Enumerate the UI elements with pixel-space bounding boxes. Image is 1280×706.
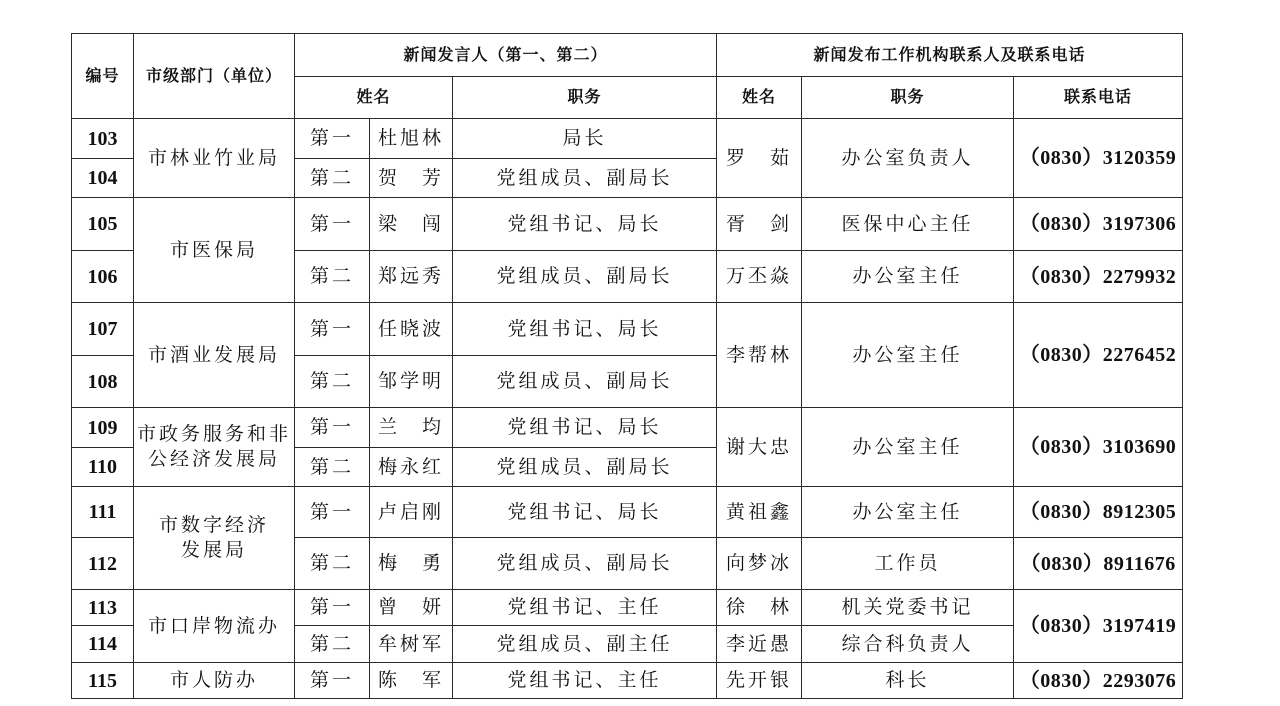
contact-phone: （0830）3197419 (1014, 590, 1183, 663)
department-name-line-1: 市政务服务和非 (134, 422, 294, 447)
row-number: 113 (72, 590, 134, 626)
contact-phone: （0830）8911676 (1014, 538, 1183, 590)
contact-title: 办公室负责人 (802, 119, 1014, 198)
spokesperson-name: 卢启刚 (370, 487, 453, 538)
spokesperson-title: 党组成员、副局长 (453, 356, 717, 408)
contact-title: 工作员 (802, 538, 1014, 590)
department-name: 市数字经济 发展局 (134, 487, 295, 590)
spokesperson-rank: 第二 (295, 538, 370, 590)
table-row: 111 市数字经济 发展局 第一 卢启刚 党组书记、局长 黄祖鑫 办公室主任 （… (72, 487, 1183, 538)
spokesperson-rank: 第一 (295, 663, 370, 699)
spokesperson-title: 党组成员、副主任 (453, 626, 717, 663)
spokesperson-name: 梅永红 (370, 448, 453, 487)
spokesperson-name: 邹学明 (370, 356, 453, 408)
contact-name: 向梦冰 (717, 538, 802, 590)
spokesperson-rank: 第一 (295, 119, 370, 159)
contact-phone: （0830）3120359 (1014, 119, 1183, 198)
contact-phone: （0830）8912305 (1014, 487, 1183, 538)
row-number: 108 (72, 356, 134, 408)
row-number: 111 (72, 487, 134, 538)
spokesperson-rank: 第二 (295, 356, 370, 408)
department-name: 市口岸物流办 (134, 590, 295, 663)
spokesperson-rank: 第一 (295, 408, 370, 448)
contact-name: 徐 林 (717, 590, 802, 626)
contact-phone: （0830）3197306 (1014, 198, 1183, 251)
contact-title: 科长 (802, 663, 1014, 699)
spokesperson-name: 杜旭林 (370, 119, 453, 159)
spokesperson-rank: 第二 (295, 251, 370, 303)
row-number: 105 (72, 198, 134, 251)
department-name: 市酒业发展局 (134, 303, 295, 408)
row-number: 104 (72, 159, 134, 198)
contact-name: 胥 剑 (717, 198, 802, 251)
contact-phone: （0830）3103690 (1014, 408, 1183, 487)
contact-title: 办公室主任 (802, 303, 1014, 408)
contact-name: 先开银 (717, 663, 802, 699)
col-header-department: 市级部门（单位） (134, 34, 295, 119)
spokesperson-name: 任晓波 (370, 303, 453, 356)
col-header-contact-title: 职务 (802, 77, 1014, 119)
table-row: 105 市医保局 第一 梁 闯 党组书记、局长 胥 剑 医保中心主任 （0830… (72, 198, 1183, 251)
spokesperson-title: 党组书记、局长 (453, 408, 717, 448)
spokesperson-title: 党组成员、副局长 (453, 159, 717, 198)
spokesperson-name: 陈 军 (370, 663, 453, 699)
contact-phone: （0830）2279932 (1014, 251, 1183, 303)
row-number: 114 (72, 626, 134, 663)
spokesperson-name: 郑远秀 (370, 251, 453, 303)
spokesperson-title: 党组成员、副局长 (453, 251, 717, 303)
contact-title: 办公室主任 (802, 251, 1014, 303)
department-name-line-1: 市数字经济 (134, 513, 294, 538)
spokesperson-name: 兰 均 (370, 408, 453, 448)
contact-phone: （0830）2293076 (1014, 663, 1183, 699)
contact-title: 医保中心主任 (802, 198, 1014, 251)
spokesperson-name: 梅 勇 (370, 538, 453, 590)
group-header-spokesperson: 新闻发言人（第一、第二） (295, 34, 717, 77)
department-name: 市人防办 (134, 663, 295, 699)
spokesperson-name: 梁 闯 (370, 198, 453, 251)
table-row: 103 市林业竹业局 第一 杜旭林 局长 罗 茹 办公室负责人 （0830）31… (72, 119, 1183, 159)
department-name-line-2: 公经济发展局 (134, 447, 294, 472)
row-number: 110 (72, 448, 134, 487)
contact-name: 李帮林 (717, 303, 802, 408)
row-number: 103 (72, 119, 134, 159)
header-row-1: 编号 市级部门（单位） 新闻发言人（第一、第二） 新闻发布工作机构联系人及联系电… (72, 34, 1183, 77)
department-name: 市医保局 (134, 198, 295, 303)
spokesperson-title: 党组书记、局长 (453, 198, 717, 251)
col-header-contact-phone: 联系电话 (1014, 77, 1183, 119)
spokesperson-rank: 第一 (295, 487, 370, 538)
row-number: 115 (72, 663, 134, 699)
department-name: 市林业竹业局 (134, 119, 295, 198)
contact-title: 办公室主任 (802, 487, 1014, 538)
contact-title: 办公室主任 (802, 408, 1014, 487)
spokesperson-roster-table: 编号 市级部门（单位） 新闻发言人（第一、第二） 新闻发布工作机构联系人及联系电… (71, 33, 1183, 699)
table-row: 107 市酒业发展局 第一 任晓波 党组书记、局长 李帮林 办公室主任 （083… (72, 303, 1183, 356)
col-header-number: 编号 (72, 34, 134, 119)
spokesperson-title: 党组书记、主任 (453, 663, 717, 699)
row-number: 106 (72, 251, 134, 303)
spokesperson-name: 曾 妍 (370, 590, 453, 626)
contact-name: 万丕焱 (717, 251, 802, 303)
col-header-spokesperson-name: 姓名 (295, 77, 453, 119)
spokesperson-title: 党组成员、副局长 (453, 448, 717, 487)
contact-phone: （0830）2276452 (1014, 303, 1183, 408)
spokesperson-name: 贺 芳 (370, 159, 453, 198)
spokesperson-title: 局长 (453, 119, 717, 159)
spokesperson-rank: 第一 (295, 303, 370, 356)
contact-name: 黄祖鑫 (717, 487, 802, 538)
department-name: 市政务服务和非 公经济发展局 (134, 408, 295, 487)
contact-name: 谢大忠 (717, 408, 802, 487)
spokesperson-rank: 第二 (295, 448, 370, 487)
spokesperson-title: 党组书记、局长 (453, 303, 717, 356)
spokesperson-rank: 第二 (295, 626, 370, 663)
spokesperson-title: 党组书记、主任 (453, 590, 717, 626)
table-row: 113 市口岸物流办 第一 曾 妍 党组书记、主任 徐 林 机关党委书记 （08… (72, 590, 1183, 626)
contact-title: 综合科负责人 (802, 626, 1014, 663)
spokesperson-title: 党组书记、局长 (453, 487, 717, 538)
spokesperson-rank: 第二 (295, 159, 370, 198)
row-number: 109 (72, 408, 134, 448)
table-row: 115 市人防办 第一 陈 军 党组书记、主任 先开银 科长 （0830）229… (72, 663, 1183, 699)
department-name-line-2: 发展局 (134, 538, 294, 563)
row-number: 107 (72, 303, 134, 356)
group-header-contact: 新闻发布工作机构联系人及联系电话 (717, 34, 1183, 77)
col-header-spokesperson-title: 职务 (453, 77, 717, 119)
contact-name: 罗 茹 (717, 119, 802, 198)
contact-name: 李近愚 (717, 626, 802, 663)
spokesperson-title: 党组成员、副局长 (453, 538, 717, 590)
spokesperson-rank: 第一 (295, 590, 370, 626)
col-header-contact-name: 姓名 (717, 77, 802, 119)
contact-title: 机关党委书记 (802, 590, 1014, 626)
row-number: 112 (72, 538, 134, 590)
table-row: 109 市政务服务和非 公经济发展局 第一 兰 均 党组书记、局长 谢大忠 办公… (72, 408, 1183, 448)
spokesperson-name: 牟树军 (370, 626, 453, 663)
spokesperson-rank: 第一 (295, 198, 370, 251)
